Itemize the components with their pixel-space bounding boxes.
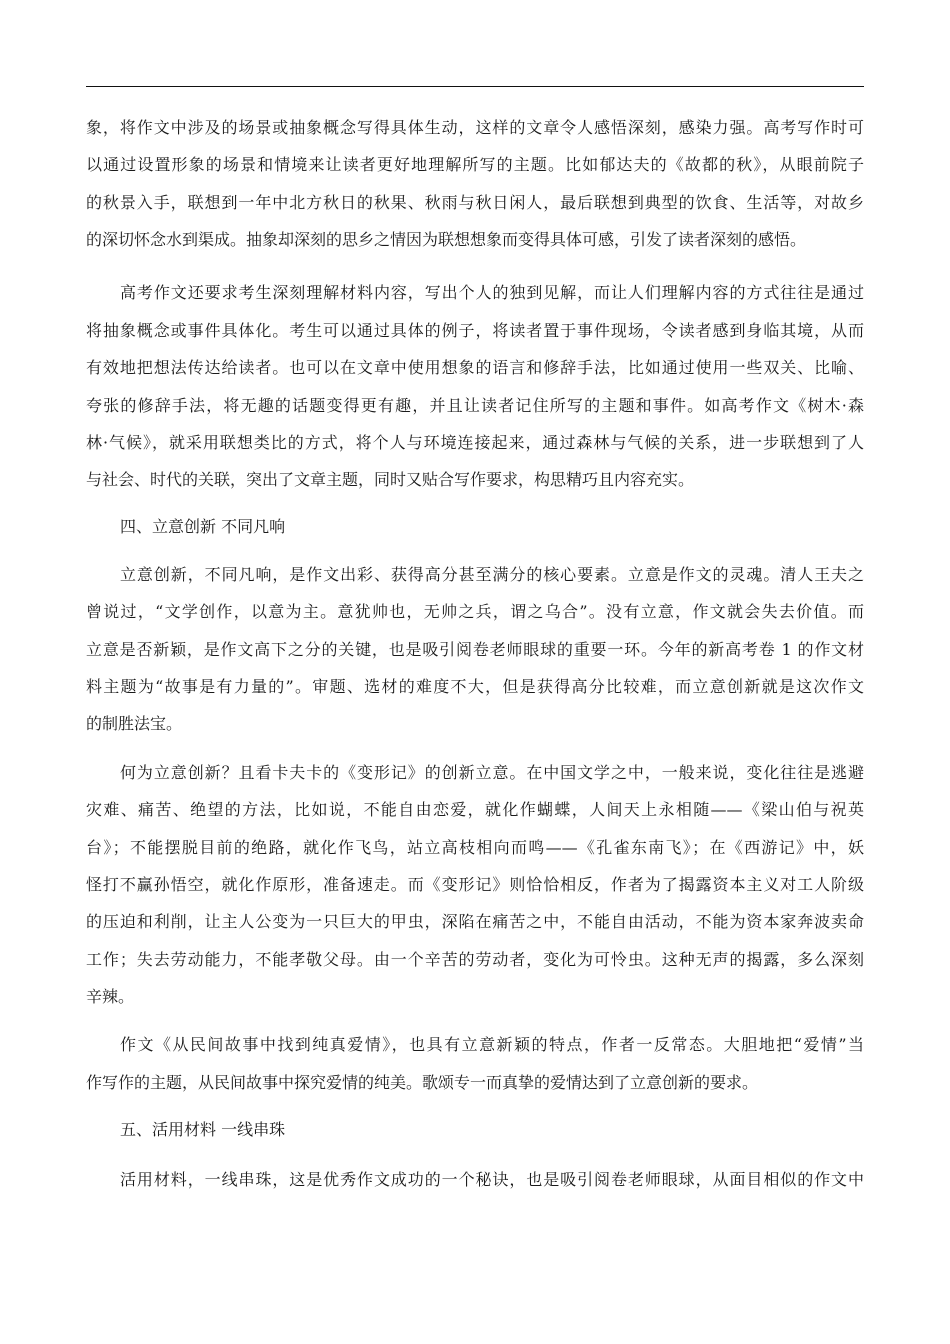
paragraph-line: 与社会、时代的关联，突出了文章主题，同时又贴合写作要求，构思精巧且内容充实。	[86, 470, 864, 490]
paragraph-line: 有效地把想法传达给读者。也可以在文章中使用想象的语言和修辞手法，比如通过使用一些…	[86, 358, 864, 378]
paragraph-line: 的压迫和利削，让主人公变为一只巨大的甲虫，深陷在痛苦之中，不能自由活动，不能为资…	[86, 912, 864, 932]
paragraph-line: 林·气候》，就采用联想类比的方式，将个人与环境连接起来，通过森林与气候的关系，进…	[86, 433, 864, 453]
document-page: 象，将作文中涉及的场景或抽象概念写得具体生动，这样的文章令人感悟深刻，感染力强。…	[0, 0, 950, 1344]
paragraph-line: 的深切怀念水到渠成。抽象却深刻的思乡之情因为联想想象而变得具体可感，引发了读者深…	[86, 230, 864, 250]
paragraph-line: 高考作文还要求考生深刻理解材料内容，写出个人的独到见解，而让人们理解内容的方式往…	[120, 283, 864, 303]
paragraph-line: 曾说过，“文学创作，以意为主。意犹帅也，无帅之兵，谓之乌合”。没有立意，作文就会…	[86, 602, 864, 622]
header-rule	[86, 86, 864, 87]
paragraph-line: 怪打不赢孙悟空，就化作原形，准备速走。而《变形记》则恰恰相反，作者为了揭露资本主…	[86, 875, 864, 895]
paragraph-line: 作文《从民间故事中找到纯真爱情》，也具有立意新颖的特点，作者一反常态。大胆地把“…	[120, 1035, 864, 1055]
paragraph-line: 将抽象概念或事件具体化。考生可以通过具体的例子，将读者置于事件现场，令读者感到身…	[86, 321, 864, 341]
paragraph-line: 辛辣。	[86, 987, 864, 1007]
paragraph-line: 料主题为“故事是有力量的”。审题、选材的难度不大，但是获得高分比较难，而立意创新…	[86, 677, 864, 697]
paragraph-line: 夸张的修辞手法，将无趣的话题变得更有趣，并且让读者记住所写的主题和事件。如高考作…	[86, 396, 864, 416]
section-heading: 五、活用材料 一线串珠	[120, 1120, 285, 1140]
paragraph-line: 台》；不能摆脱目前的绝路，就化作飞鸟，站立高枝相向而鸣——《孔雀东南飞》；在《西…	[86, 838, 864, 858]
paragraph-line: 工作；失去劳动能力，不能孝敬父母。由一个辛苦的劳动者，变化为可怜虫。这种无声的揭…	[86, 950, 864, 970]
paragraph-line: 作写作的主题，从民间故事中探究爱情的纯美。歌颂专一而真挚的爱情达到了立意创新的要…	[86, 1073, 864, 1093]
paragraph-line: 以通过设置形象的场景和情境来让读者更好地理解所写的主题。比如郁达夫的《故都的秋》…	[86, 155, 864, 175]
paragraph-line: 活用材料，一线串珠，这是优秀作文成功的一个秘诀，也是吸引阅卷老师眼球，从面目相似…	[120, 1170, 864, 1190]
paragraph-line: 何为立意创新？且看卡夫卡的《变形记》的创新立意。在中国文学之中，一般来说，变化往…	[120, 763, 864, 783]
paragraph-line: 的制胜法宝。	[86, 714, 864, 734]
paragraph-line: 立意是否新颖，是作文高下之分的关键，也是吸引阅卷老师眼球的重要一环。今年的新高考…	[86, 640, 864, 660]
paragraph-line: 的秋景入手，联想到一年中北方秋日的秋果、秋雨与秋日闲人，最后联想到典型的饮食、生…	[86, 193, 864, 213]
paragraph-line: 象，将作文中涉及的场景或抽象概念写得具体生动，这样的文章令人感悟深刻，感染力强。…	[86, 118, 864, 138]
paragraph-line: 立意创新，不同凡响，是作文出彩、获得高分甚至满分的核心要素。立意是作文的灵魂。清…	[120, 565, 864, 585]
paragraph-line: 灾难、痛苦、绝望的方法，比如说，不能自由恋爱，就化作蝴蝶，人间天上永相随——《梁…	[86, 800, 864, 820]
section-heading: 四、立意创新 不同凡响	[120, 517, 285, 537]
